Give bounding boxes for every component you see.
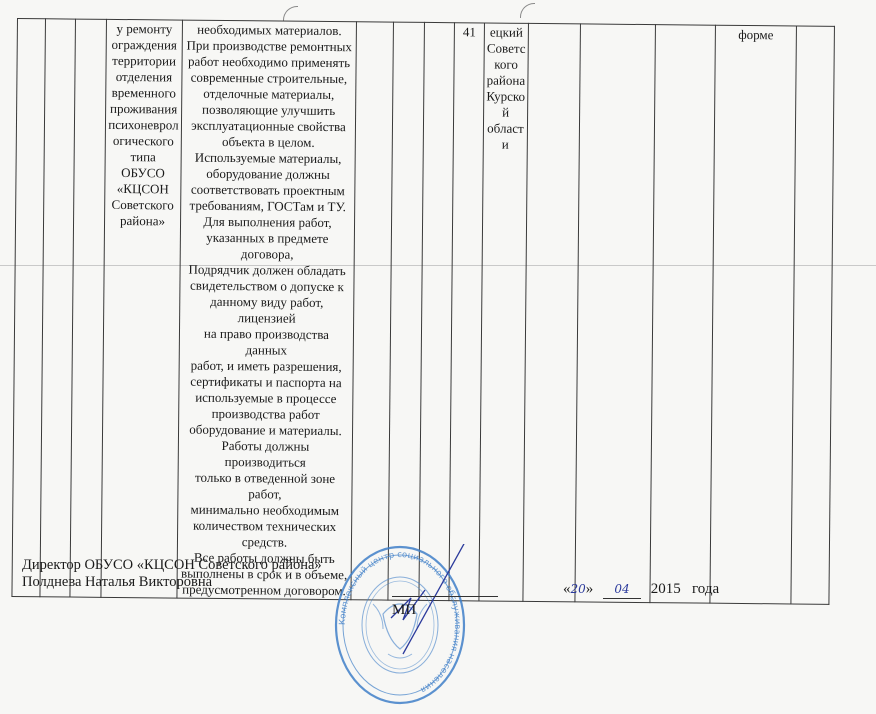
table-cell: [650, 25, 716, 604]
scan-curl-mark: [520, 3, 535, 18]
form-cell: форме: [710, 25, 797, 604]
table-cell: [351, 22, 394, 600]
signature-line: [392, 596, 498, 597]
scan-curl-mark: [283, 6, 298, 21]
document-date: «20» 04 2015 года: [563, 581, 719, 599]
official-stamp-icon: Комплексный центр социального обслуживан…: [333, 544, 467, 706]
director-name: Полднева Наталья Викторовна: [22, 574, 322, 591]
date-year: 2015: [651, 581, 681, 597]
table-row: у ремонту ограждения территории отделени…: [12, 19, 835, 605]
director-title: Директор ОБУСО «КЦСОН Советского района»: [22, 557, 322, 574]
object-name-cell: у ремонту ограждения территории отделени…: [101, 19, 183, 598]
table-cell: [575, 24, 656, 603]
document-table: у ремонту ограждения территории отделени…: [12, 18, 834, 531]
table-cell: [523, 23, 581, 601]
signature-block: Директор ОБУСО «КЦСОН Советского района»…: [22, 557, 322, 591]
date-month: 04: [614, 582, 629, 596]
date-day: 20: [571, 582, 586, 596]
location-cell: ецкий Советс кого района Курско й област…: [479, 23, 529, 601]
requirements-cell: необходимых материалов. При производстве…: [177, 20, 357, 600]
date-suffix: года: [692, 581, 719, 597]
stamp-place-label: МП: [392, 602, 416, 619]
table-cell: [791, 26, 835, 604]
